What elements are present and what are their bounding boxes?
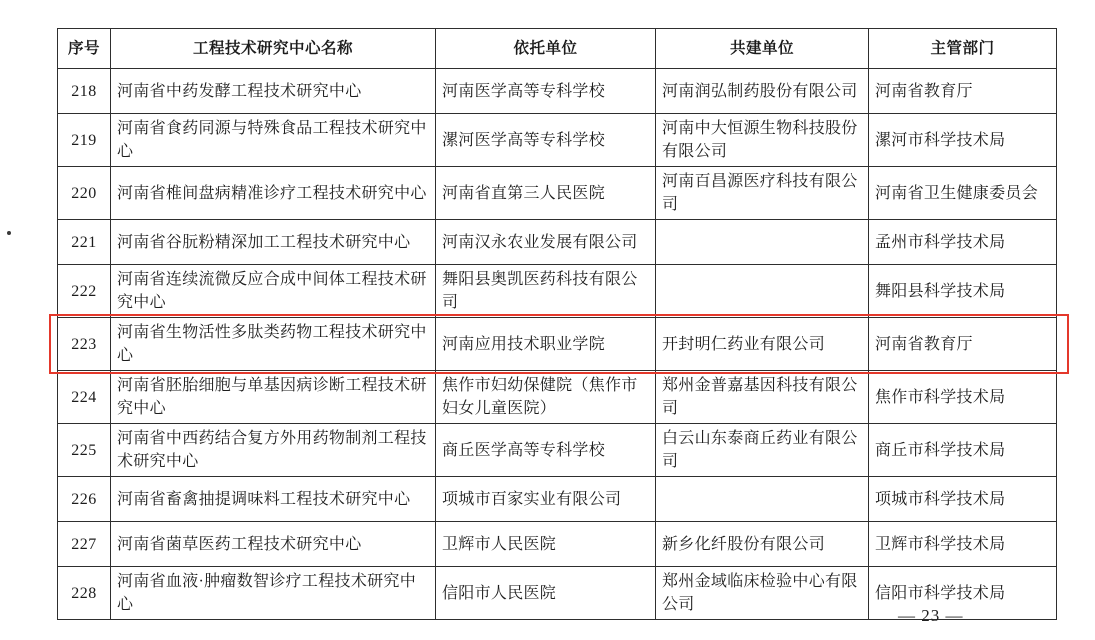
table-row: 219 河南省食药同源与特殊食品工程技术研究中心 漯河医学高等专科学校 河南中大… [58,114,1057,167]
cell-serial-number: 223 [58,318,111,371]
table-header: 序号 工程技术研究中心名称 依托单位 共建单位 主管部门 [58,29,1057,69]
cell-partner-unit [656,477,869,522]
table-row: 221 河南省谷朊粉精深加工工程技术研究中心 河南汉永农业发展有限公司 孟州市科… [58,220,1057,265]
cell-serial-number: 224 [58,371,111,424]
cell-partner-unit [656,220,869,265]
header-supporting-unit: 依托单位 [436,29,656,69]
cell-serial-number: 221 [58,220,111,265]
cell-competent-department: 漯河市科学技术局 [869,114,1057,167]
cell-partner-unit: 河南中大恒源生物科技股份有限公司 [656,114,869,167]
cell-supporting-unit: 舞阳县奥凯医药科技有限公司 [436,265,656,318]
cell-serial-number: 228 [58,567,111,620]
cell-center-name: 河南省连续流微反应合成中间体工程技术研究中心 [111,265,436,318]
table-body: 218 河南省中药发酵工程技术研究中心 河南医学高等专科学校 河南润弘制药股份有… [58,69,1057,620]
cell-supporting-unit: 河南省直第三人民医院 [436,167,656,220]
cell-center-name: 河南省生物活性多肽类药物工程技术研究中心 [111,318,436,371]
table-row: 227 河南省菌草医药工程技术研究中心 卫辉市人民医院 新乡化纤股份有限公司 卫… [58,522,1057,567]
cell-competent-department: 河南省教育厅 [869,69,1057,114]
header-row: 序号 工程技术研究中心名称 依托单位 共建单位 主管部门 [58,29,1057,69]
cell-supporting-unit: 焦作市妇幼保健院（焦作市妇女儿童医院） [436,371,656,424]
cell-serial-number: 220 [58,167,111,220]
cell-partner-unit: 河南润弘制药股份有限公司 [656,69,869,114]
cell-partner-unit: 白云山东泰商丘药业有限公司 [656,424,869,477]
cell-center-name: 河南省血液·肿瘤数智诊疗工程技术研究中心 [111,567,436,620]
cell-serial-number: 227 [58,522,111,567]
cell-competent-department: 舞阳县科学技术局 [869,265,1057,318]
header-competent-department: 主管部门 [869,29,1057,69]
cell-serial-number: 218 [58,69,111,114]
cell-center-name: 河南省菌草医药工程技术研究中心 [111,522,436,567]
cell-partner-unit [656,265,869,318]
cell-supporting-unit: 漯河医学高等专科学校 [436,114,656,167]
cell-serial-number: 222 [58,265,111,318]
cell-competent-department: 焦作市科学技术局 [869,371,1057,424]
cell-partner-unit: 郑州金域临床检验中心有限公司 [656,567,869,620]
table-row: 224 河南省胚胎细胞与单基因病诊断工程技术研究中心 焦作市妇幼保健院（焦作市妇… [58,371,1057,424]
cell-serial-number: 226 [58,477,111,522]
cell-supporting-unit: 卫辉市人民医院 [436,522,656,567]
cell-partner-unit: 河南百昌源医疗科技有限公司 [656,167,869,220]
table-row: 225 河南省中西药结合复方外用药物制剂工程技术研究中心 商丘医学高等专科学校 … [58,424,1057,477]
table-row: 220 河南省椎间盘病精准诊疗工程技术研究中心 河南省直第三人民医院 河南百昌源… [58,167,1057,220]
header-center-name: 工程技术研究中心名称 [111,29,436,69]
cell-supporting-unit: 商丘医学高等专科学校 [436,424,656,477]
scan-artifact-dot [7,231,11,235]
table-row: 222 河南省连续流微反应合成中间体工程技术研究中心 舞阳县奥凯医药科技有限公司… [58,265,1057,318]
cell-center-name: 河南省畜禽抽提调味料工程技术研究中心 [111,477,436,522]
cell-center-name: 河南省食药同源与特殊食品工程技术研究中心 [111,114,436,167]
cell-partner-unit: 新乡化纤股份有限公司 [656,522,869,567]
cell-supporting-unit: 河南医学高等专科学校 [436,69,656,114]
cell-serial-number: 219 [58,114,111,167]
cell-supporting-unit: 河南应用技术职业学院 [436,318,656,371]
research-centers-table: 序号 工程技术研究中心名称 依托单位 共建单位 主管部门 218 河南省中药发酵… [57,28,1057,620]
header-serial-number: 序号 [58,29,111,69]
cell-supporting-unit: 河南汉永农业发展有限公司 [436,220,656,265]
page-number: — 23 — [898,606,964,626]
cell-supporting-unit: 项城市百家实业有限公司 [436,477,656,522]
cell-center-name: 河南省胚胎细胞与单基因病诊断工程技术研究中心 [111,371,436,424]
cell-competent-department: 孟州市科学技术局 [869,220,1057,265]
table-row-highlighted: 223 河南省生物活性多肽类药物工程技术研究中心 河南应用技术职业学院 开封明仁… [58,318,1057,371]
cell-supporting-unit: 信阳市人民医院 [436,567,656,620]
cell-partner-unit: 开封明仁药业有限公司 [656,318,869,371]
cell-center-name: 河南省谷朊粉精深加工工程技术研究中心 [111,220,436,265]
table-row: 226 河南省畜禽抽提调味料工程技术研究中心 项城市百家实业有限公司 项城市科学… [58,477,1057,522]
cell-competent-department: 卫辉市科学技术局 [869,522,1057,567]
cell-partner-unit: 郑州金普嘉基因科技有限公司 [656,371,869,424]
cell-competent-department: 商丘市科学技术局 [869,424,1057,477]
cell-serial-number: 225 [58,424,111,477]
cell-center-name: 河南省中西药结合复方外用药物制剂工程技术研究中心 [111,424,436,477]
cell-competent-department: 项城市科学技术局 [869,477,1057,522]
header-partner-unit: 共建单位 [656,29,869,69]
cell-center-name: 河南省中药发酵工程技术研究中心 [111,69,436,114]
cell-competent-department: 河南省卫生健康委员会 [869,167,1057,220]
cell-competent-department: 河南省教育厅 [869,318,1057,371]
table-row: 218 河南省中药发酵工程技术研究中心 河南医学高等专科学校 河南润弘制药股份有… [58,69,1057,114]
cell-center-name: 河南省椎间盘病精准诊疗工程技术研究中心 [111,167,436,220]
